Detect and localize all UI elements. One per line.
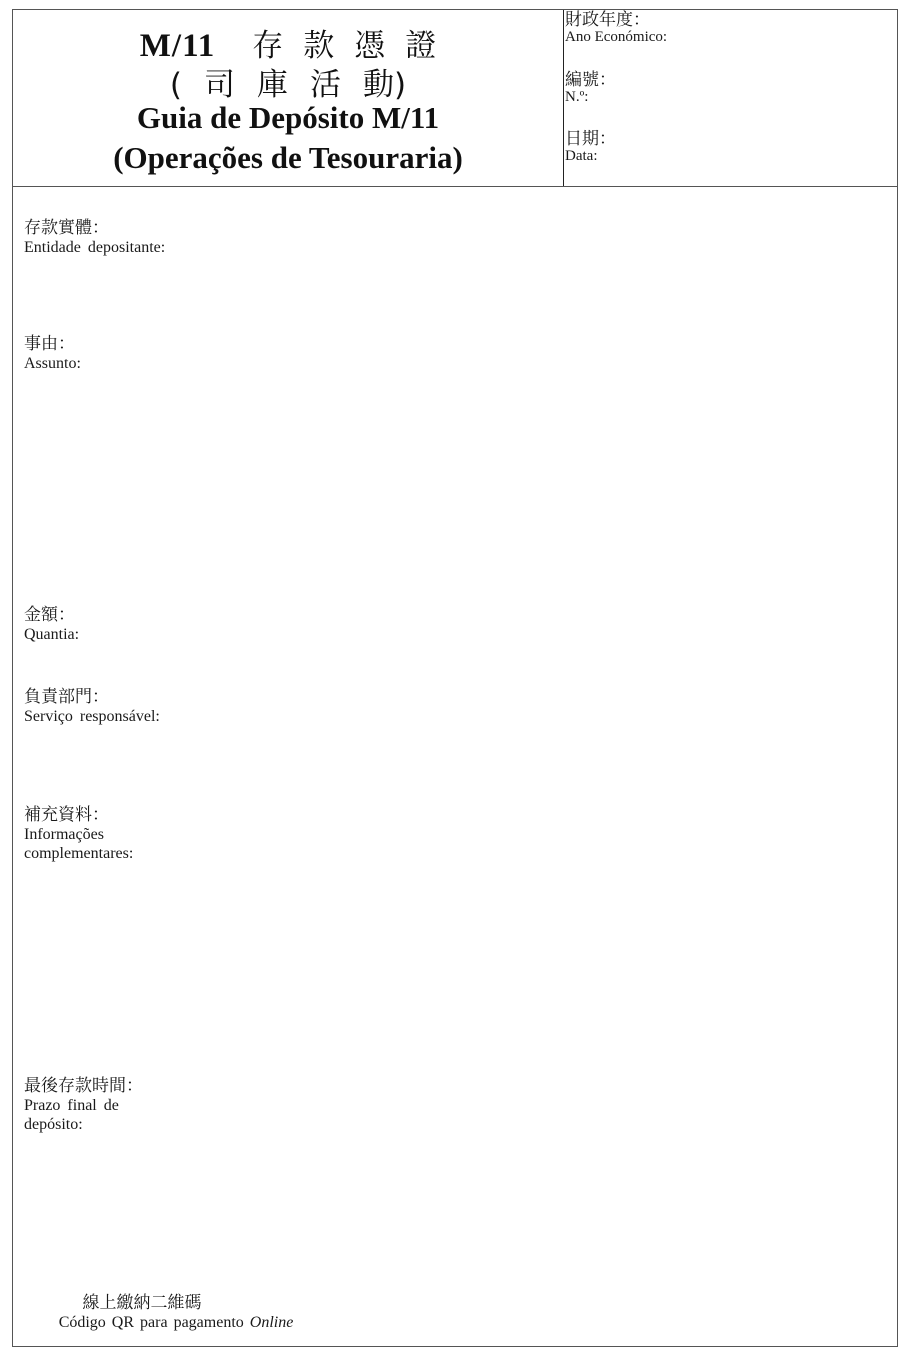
amount-field[interactable]: 金額： Quantia: [24,607,194,644]
qr-label-pt-prefix: Código QR para pagamento [59,1314,244,1331]
title-pt-sub: (Operações de Tesouraria) [13,140,563,176]
date-label-zh: 日期： [565,131,616,148]
meta-block: 財政年度： Ano Económico: 編號： N.º: 日期： Data: [565,10,897,186]
responsible-service-label-zh: 負責部門： [24,689,284,706]
qr-label-pt: Código QR para pagamento Online [21,1315,331,1331]
responsible-service-field[interactable]: 負責部門： Serviço responsável: [24,689,284,726]
form-frame: M/11 存款憑證 (司庫活動) Guia de Depósito M/11 (… [12,9,898,1347]
qr-label-pt-italic: Online [250,1314,294,1331]
title-pt-main: Guia de Depósito M/11 [13,100,563,136]
deposit-deadline-label-pt: Prazo final de depósito: [24,1096,154,1134]
title-zh-sub-char: 活 [310,67,363,103]
depositing-entity-label-pt: Entidade depositante: [24,238,284,257]
depositing-entity-label-zh: 存款實體： [24,220,284,237]
responsible-service-label-pt: Serviço responsável: [24,707,284,726]
date-field[interactable]: 日期： Data: [565,131,616,164]
subject-field[interactable]: 事由： Assunto: [24,336,194,373]
depositing-entity-field[interactable]: 存款實體： Entidade depositante: [24,220,284,257]
amount-label-pt: Quantia: [24,625,194,644]
number-label-pt: N.º: [565,90,616,105]
title-zh-sub: (司庫活動) [13,59,563,104]
fiscal-year-field[interactable]: 財政年度： Ano Económico: [565,12,667,45]
additional-info-label-zh: 補充資料： [24,807,164,824]
title-zh-sub-char: 庫 [257,67,310,103]
subject-label-zh: 事由： [24,336,194,353]
fiscal-year-label-zh: 財政年度： [565,12,667,29]
qr-label-zh: 線上繳納二維碼 [21,1295,263,1312]
number-label-zh: 編號： [565,72,616,89]
deposit-deadline-field[interactable]: 最後存款時間： Prazo final de depósito: [24,1078,154,1134]
qr-code-section: 線上繳納二維碼 Código QR para pagamento Online [21,1295,331,1331]
amount-label-zh: 金額： [24,607,194,624]
form-header: M/11 存款憑證 (司庫活動) Guia de Depósito M/11 (… [13,10,897,187]
title-zh-sub-char: (司 [170,67,257,103]
title-block: M/11 存款憑證 (司庫活動) Guia de Depósito M/11 (… [13,10,564,186]
additional-info-field[interactable]: 補充資料： Informações complementares: [24,807,164,863]
title-zh-sub-char: 動) [363,67,406,103]
deposit-deadline-label-zh: 最後存款時間： [24,1078,154,1095]
fiscal-year-label-pt: Ano Económico: [565,30,667,45]
date-label-pt: Data: [565,149,616,164]
subject-label-pt: Assunto: [24,354,194,373]
number-field[interactable]: 編號： N.º: [565,72,616,105]
additional-info-label-pt: Informações complementares: [24,825,164,863]
